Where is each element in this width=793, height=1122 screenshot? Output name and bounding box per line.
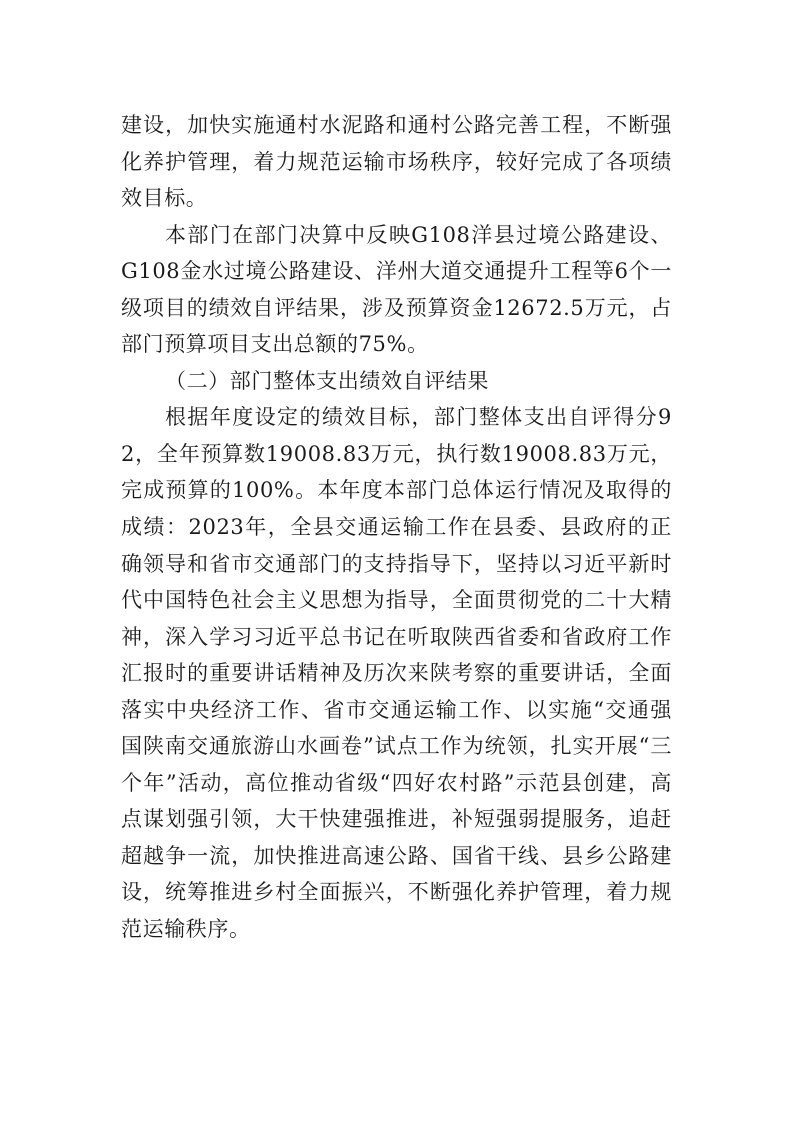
section-heading: （二）部门整体支出绩效自评结果 — [121, 363, 672, 400]
document-page: 建设，加快实施通村水泥路和通村公路完善工程，不断强化养护管理，着力规范运输市场秩… — [121, 107, 672, 948]
paragraph-continuation: 建设，加快实施通村水泥路和通村公路完善工程，不断强化养护管理，着力规范运输市场秩… — [121, 107, 672, 217]
paragraph-overall-results: 根据年度设定的绩效目标，部门整体支出自评得分92，全年预算数19008.83万元… — [121, 399, 672, 947]
paragraph-project-results: 本部门在部门决算中反映G108洋县过境公路建设、G108金水过境公路建设、洋州大… — [121, 217, 672, 363]
